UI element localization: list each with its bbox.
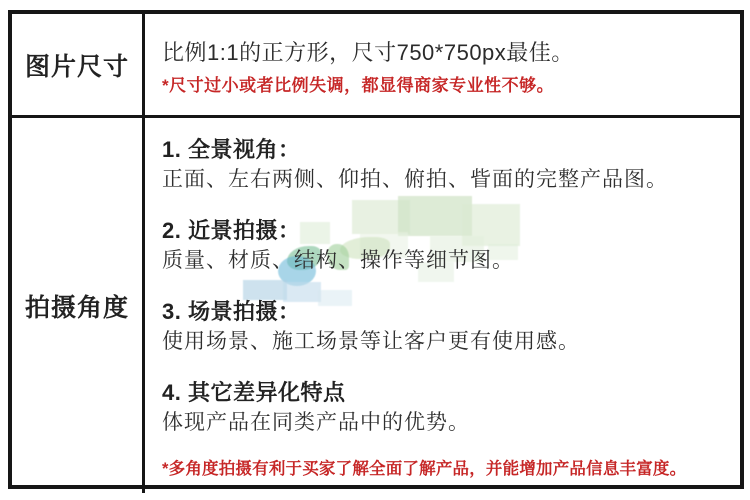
image-size-text: 比例1:1的正方形，尺寸750*750px最佳。 <box>162 39 730 67</box>
shooting-angle-cell: 1. 全景视角： 正面、左右两侧、仰拍、俯拍、眥面的完整产品图。 2. 近景拍摄… <box>145 118 740 493</box>
section-scene-shot: 3. 场景拍摄： 使用场景、施工场景等让客户更有使用感。 <box>162 297 730 357</box>
section-close-up: 2. 近景拍摄： 质量、材质、结构、操作等细节图。 <box>162 216 730 276</box>
image-size-warning-note: *尺寸过小或者比例失调，都显得商家专业性不够。 <box>162 75 730 97</box>
section-heading: 2. 近景拍摄： <box>162 216 730 246</box>
section-heading: 3. 场景拍摄： <box>162 297 730 327</box>
section-body: 正面、左右两侧、仰拍、俯拍、眥面的完整产品图。 <box>162 165 730 195</box>
row-header-image-size-label: 图片尺寸 <box>25 47 129 83</box>
section-heading: 4. 其它差异化特点 <box>162 378 730 408</box>
section-body: 使用场景、施工场景等让客户更有使用感。 <box>162 327 730 357</box>
section-heading: 1. 全景视角： <box>162 135 730 165</box>
spec-sheet-page: 图片尺寸 比例1:1的正方形，尺寸750*750px最佳。 *尺寸过小或者比例失… <box>0 0 750 500</box>
image-size-cell: 比例1:1的正方形，尺寸750*750px最佳。 *尺寸过小或者比例失调，都显得… <box>145 14 740 118</box>
section-body: 体现产品在同类产品中的优势。 <box>162 408 730 438</box>
section-differentiation: 4. 其它差异化特点 体现产品在同类产品中的优势。 <box>162 378 730 438</box>
image-spec-table: 图片尺寸 比例1:1的正方形，尺寸750*750px最佳。 *尺寸过小或者比例失… <box>8 10 744 489</box>
row-header-shooting-angle: 拍摄角度 <box>12 118 145 493</box>
row-header-shooting-angle-label: 拍摄角度 <box>25 288 129 324</box>
shooting-angle-tip-note: *多角度拍摄有利于买家了解全面了解产品，并能增加产品信息丰富度。 <box>162 459 730 480</box>
section-body: 质量、材质、结构、操作等细节图。 <box>162 246 730 276</box>
row-header-image-size: 图片尺寸 <box>12 14 145 118</box>
section-panoramic-view: 1. 全景视角： 正面、左右两侧、仰拍、俯拍、眥面的完整产品图。 <box>162 135 730 195</box>
